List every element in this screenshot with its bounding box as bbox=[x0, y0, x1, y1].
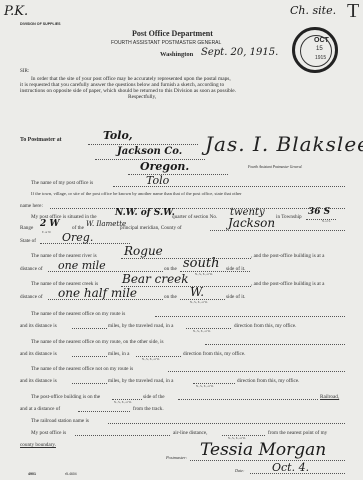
document-page: P.K. Ch. site. T DIVISION OF SUPPLIES Po… bbox=[0, 0, 363, 480]
other-side-label: The name of the nearest office on my rou… bbox=[31, 339, 164, 345]
range-label: Range bbox=[20, 225, 33, 231]
river-distance: one mile bbox=[58, 259, 106, 272]
corner-note-right: Ch. site. bbox=[290, 4, 336, 17]
not-route-label: The name of the nearest office not on my… bbox=[31, 366, 133, 372]
not-route-dist-label: and its distance is bbox=[20, 378, 57, 384]
other-name-label: If the town, village, or site of the pos… bbox=[31, 191, 242, 196]
airline-label: My post office is bbox=[31, 430, 66, 436]
letter-closing: Respectfully, bbox=[128, 94, 156, 100]
river-tail: , and the post-office building is at a bbox=[251, 253, 324, 259]
office-title: FOURTH ASSISTANT POSTMASTER GENERAL bbox=[111, 40, 221, 46]
creek-side-sub: N., S., E., or W. bbox=[190, 301, 208, 304]
meridian-label: principal meridian, County of bbox=[120, 225, 182, 231]
range-sub: E. or W. bbox=[42, 231, 51, 234]
route-dist-mid: miles, by the traveled road, in a bbox=[108, 323, 173, 329]
date-value: Oct. 4. bbox=[272, 461, 309, 474]
header-date: Sept. 20, 1915. bbox=[201, 47, 278, 58]
not-route-mid: miles, by the traveled road, in a bbox=[108, 378, 173, 384]
signatory-title: Fourth Assistant Postmaster General. bbox=[248, 165, 302, 169]
creek-side-label: on the bbox=[164, 294, 177, 300]
other-side-dist-label: and its distance is bbox=[20, 351, 57, 357]
quarter-label: quarter of section No. bbox=[172, 214, 217, 220]
stamp-year: 1915 bbox=[315, 55, 326, 61]
state-value: Oreg. bbox=[62, 231, 93, 244]
airline-mid: air-line distance, bbox=[173, 430, 207, 436]
creek-dist-label: distance of bbox=[20, 294, 43, 300]
route-dist-tail: direction from this, my office. bbox=[234, 323, 296, 329]
station-label: The railroad station name is bbox=[31, 418, 89, 424]
township-sub: N. or S. bbox=[322, 220, 331, 223]
railroad-dir-sub: N., S., E., or W. bbox=[114, 401, 132, 404]
corner-letter: T bbox=[347, 0, 359, 23]
creek-tail: , and the post-office building is at a bbox=[251, 281, 324, 287]
route-label: The name of the nearest office on my rou… bbox=[31, 311, 125, 317]
post-office-name: Tolo bbox=[146, 174, 169, 187]
river-dist-label: distance of bbox=[20, 266, 43, 272]
route-dist-label: and its distance is bbox=[20, 323, 57, 329]
creek-side: W. bbox=[190, 285, 204, 299]
other-name-label-2: name here: bbox=[20, 203, 43, 209]
stamp-day: 15 bbox=[316, 46, 323, 52]
department-title: Post Office Department bbox=[132, 29, 213, 38]
salutation: SIR: bbox=[20, 69, 29, 74]
stamp-month: OCT bbox=[314, 37, 329, 44]
creek-value: Bear creek bbox=[122, 272, 189, 286]
date-label: Date: bbox=[235, 468, 245, 473]
creek-side-tail: side of it. bbox=[226, 294, 245, 300]
postmaster-label: Postmaster: bbox=[166, 455, 187, 460]
airline-tail: from the nearest point of my bbox=[268, 430, 327, 436]
address-line-3: Oregon. bbox=[140, 160, 189, 173]
quarter-value: N.W. of S.W. bbox=[115, 208, 175, 218]
not-route-tail: direction from this, my office. bbox=[237, 378, 299, 384]
range-value: 2 W bbox=[40, 219, 60, 229]
not-route-dir-sub: N., S., E., or W. bbox=[196, 385, 214, 388]
state-label: State of bbox=[20, 238, 36, 244]
railroad-mid: side of the bbox=[143, 394, 165, 400]
signatory-signature: Jas. I. Blakslee bbox=[205, 132, 363, 156]
route-dir-sub: N., S., E., or W. bbox=[193, 330, 211, 333]
other-side-mid: miles, in a bbox=[108, 351, 129, 357]
railroad-tail: Railroad, bbox=[320, 394, 339, 400]
township-label: in Township bbox=[276, 214, 302, 220]
other-side-dir-sub: N., S., E., or W. bbox=[142, 358, 160, 361]
track-label: and at a distance of bbox=[20, 406, 60, 412]
creek-distance: one half mile bbox=[58, 286, 137, 300]
city-label: Washington bbox=[160, 51, 193, 58]
county-boundary: county boundary. bbox=[20, 442, 56, 448]
form-number: 4901 bbox=[28, 472, 36, 476]
track-tail: from the track. bbox=[133, 406, 164, 412]
river-side-tail: side of it. bbox=[226, 266, 245, 272]
river-side: south bbox=[183, 256, 219, 271]
river-value: Rogue bbox=[124, 244, 163, 258]
address-line-1: Tolo, bbox=[103, 129, 133, 142]
corner-note-left: P.K. bbox=[4, 4, 28, 19]
river-side-sub: N., S., E., or W. bbox=[195, 273, 213, 276]
address-label: To Postmaster at bbox=[20, 137, 62, 143]
railroad-label: The post-office building is on the bbox=[31, 394, 100, 400]
print-code: r5-4604 bbox=[65, 472, 77, 476]
received-stamp: OCT 15 1915 bbox=[292, 27, 338, 73]
name-label: The name of my post office is bbox=[31, 180, 93, 186]
address-line-2: Jackson Co. bbox=[117, 146, 182, 157]
township-value: 36 S bbox=[308, 207, 330, 217]
division-label: DIVISION OF SUPPLIES bbox=[20, 22, 61, 26]
postmaster-signature: Tessia Morgan bbox=[200, 440, 326, 460]
other-side-tail: direction from this, my office. bbox=[183, 351, 245, 357]
county-value: Jackson bbox=[228, 216, 275, 230]
